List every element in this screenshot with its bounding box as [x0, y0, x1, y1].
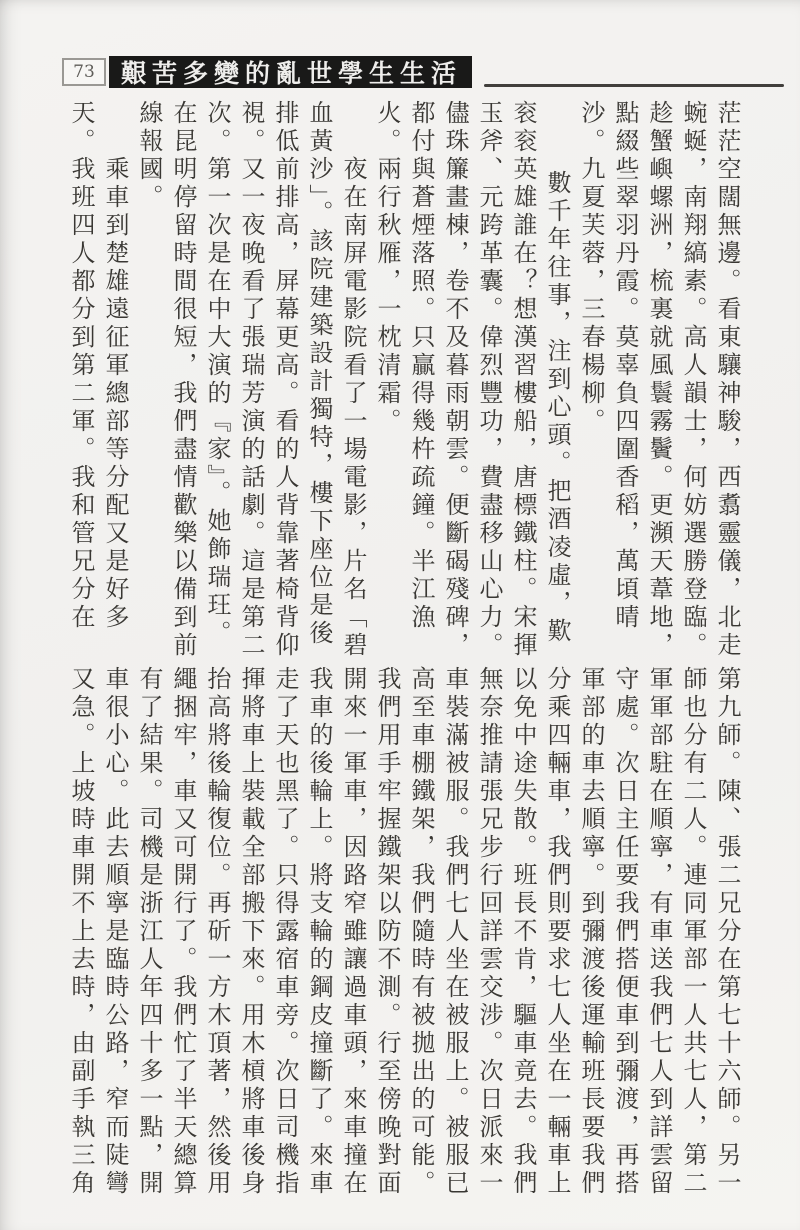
paragraph-couplet-second-half: 數千年往事，注到心頭。把酒凌虛，歎衮衮英雄誰在？想漢習樓船，唐標鐵柱。宋揮玉斧、… — [370, 100, 574, 662]
header-rule — [484, 84, 784, 87]
page-number: 73 — [62, 58, 106, 86]
paragraph-bus-to-chuxiong: 乘車到楚雄遠征軍總部等分配又是好多天。我班四人都分到第二軍。我和管兄分在 — [64, 100, 132, 662]
text-block-bottom: 第九師。陳、張二兄分在第七十六師。另一師也分有二人。連同軍部一人共七人，第二軍軍… — [62, 666, 744, 1206]
chapter-title: 艱苦多變的亂世學生生活 — [109, 56, 472, 88]
scanned-book-page: 73 艱苦多變的亂世學生生活 茫茫空闊無邊。看東驤神駿，西翥靈儀，北走蜿蜒，南翔… — [0, 0, 800, 1230]
paragraph-journey-continued: 第九師。陳、張二兄分在第七十六師。另一師也分有二人。連同軍部一人共七人，第二軍軍… — [64, 666, 744, 1206]
paragraph-cinema: 夜在南屏電影院看了一場電影，片名「碧血黃沙」。該院建築設計獨特，樓下座位是後排低… — [132, 100, 370, 662]
paragraph-couplet-first-half: 茫茫空闊無邊。看東驤神駿，西翥靈儀，北走蜿蜒，南翔縞素。高人韻士，何妨選勝登臨。… — [574, 100, 744, 662]
page-header: 73 艱苦多變的亂世學生生活 — [62, 56, 472, 88]
text-block-top: 茫茫空闊無邊。看東驤神駿，西翥靈儀，北走蜿蜒，南翔縞素。高人韻士，何妨選勝登臨。… — [62, 100, 744, 662]
